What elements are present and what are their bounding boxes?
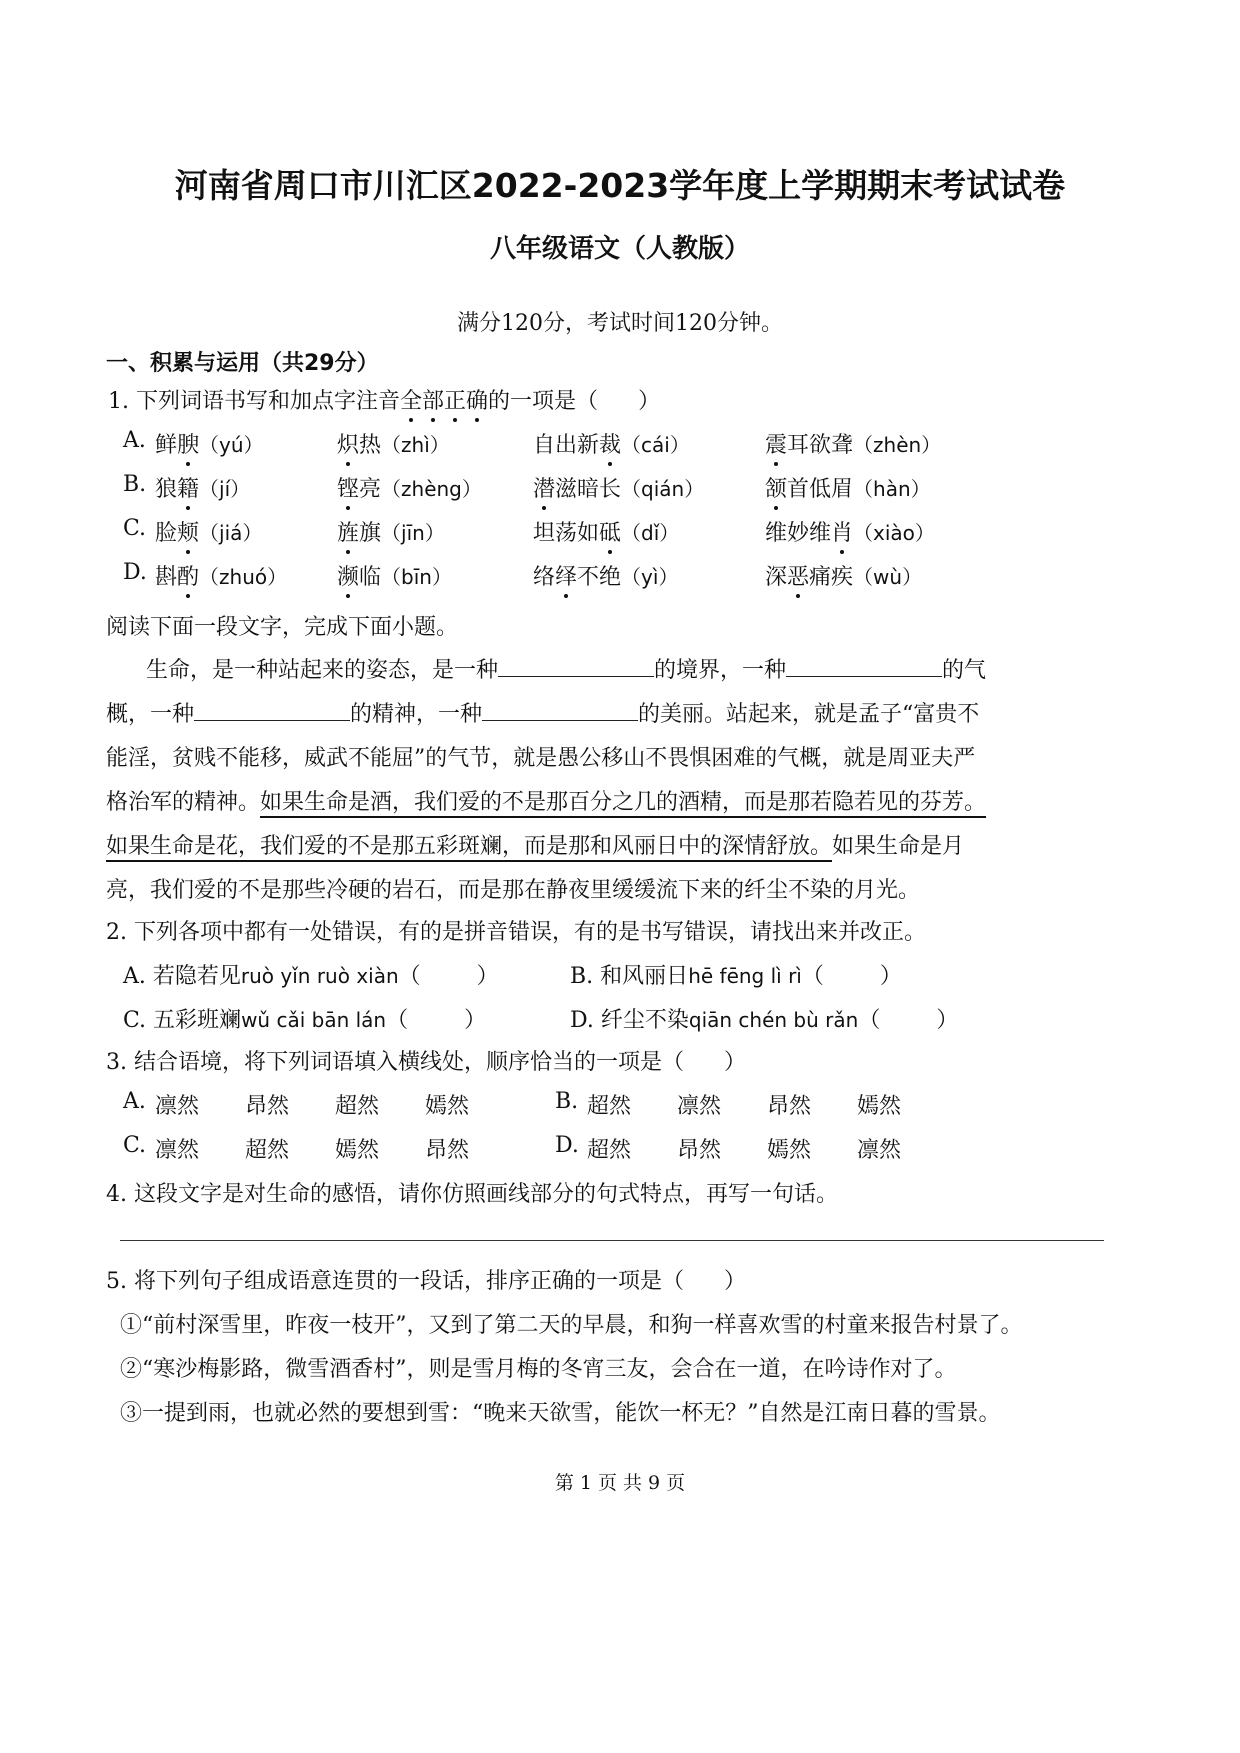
- passage-line: 格治军的精神。如果生命是酒，我们爱的不是那百分之几的酒精，而是那若隐若见的芬芳。: [106, 785, 986, 816]
- underlined-sentence-2: 如果生命是花，我们爱的不是那五彩斑斓，而是那和风丽日中的深情舒放。: [106, 834, 832, 859]
- q1-option-a-label: A.: [123, 428, 146, 453]
- q1-option-a-item: 震耳欲聋（zhèn）: [765, 428, 941, 459]
- q1-stem-text: 的一项是（: [488, 389, 598, 414]
- dotted-char: 确: [466, 389, 488, 414]
- q1-option-d-label: D.: [123, 560, 147, 585]
- answer-paren-close: ）: [638, 389, 660, 414]
- q1-option-b-item: 颔首低眉（hàn）: [765, 472, 931, 503]
- q3-option-d-label: D.: [555, 1133, 579, 1158]
- q1-option-c-item: 旌旗（jīn）: [337, 516, 445, 547]
- question-3-stem: 3. 结合语境，将下列词语填入横线处，顺序恰当的一项是（）: [106, 1045, 746, 1076]
- q1-option-d-item: 斟酌（zhuó）: [155, 560, 287, 591]
- q3-word: 凛然: [857, 1133, 901, 1164]
- q1-option-c-item: 坦荡如砥（dǐ）: [533, 516, 679, 547]
- exam-title: 河南省周口市川汇区2022-2023学年度上学期期末考试试卷: [0, 160, 1240, 207]
- q2-option-d: D. 纤尘不染qiān chén bù rǎn（）: [570, 1003, 958, 1034]
- underlined-sentence-1: 如果生命是酒，我们爱的不是那百分之几的酒精，而是那若隐若见的芬芳。: [260, 790, 986, 815]
- q3-word: 凛然: [155, 1089, 199, 1120]
- q1-option-d-item: 络绎不绝（yì）: [533, 560, 678, 591]
- q1-option-b-label: B.: [123, 472, 146, 497]
- q1-option-b-item: 铿亮（zhèng）: [337, 472, 482, 503]
- question-1-stem: 1. 下列词语书写和加点字注音全部正确的一项是（）: [108, 384, 660, 415]
- q4-answer-line[interactable]: [120, 1240, 1104, 1241]
- passage-line: 如果生命是花，我们爱的不是那五彩斑斓，而是那和风丽日中的深情舒放。如果生命是月: [106, 829, 964, 860]
- q1-option-c-item: 维妙维肖（xiào）: [765, 516, 935, 547]
- reading-instruction: 阅读下面一段文字，完成下面小题。: [106, 610, 458, 641]
- q1-option-d-item: 濒临（bīn）: [337, 560, 452, 591]
- q3-word: 超然: [335, 1089, 379, 1120]
- fill-blank-2[interactable]: [786, 658, 942, 677]
- q3-word: 昂然: [425, 1133, 469, 1164]
- q3-word: 嫣然: [425, 1089, 469, 1120]
- q3-word: 嫣然: [857, 1089, 901, 1120]
- exam-subtitle: 八年级语文（人教版）: [0, 228, 1240, 265]
- q2-option-c: C. 五彩班斓wǔ cǎi bān lán（）: [123, 1003, 486, 1034]
- question-4-stem: 4. 这段文字是对生命的感悟，请你仿照画线部分的句式特点，再写一句话。: [106, 1177, 838, 1208]
- q3-word: 凛然: [677, 1089, 721, 1120]
- passage-line: 能淫，贫贱不能移，威武不能屈”的气节，就是愚公移山不畏惧困难的气概，就是周亚夫严: [106, 741, 975, 772]
- dotted-char: 部: [422, 389, 444, 414]
- q3-word: 昂然: [767, 1089, 811, 1120]
- q2-option-b: B. 和风丽日hē fēng lì rì（）: [570, 959, 902, 990]
- q2-option-a: A. 若隐若见ruò yǐn ruò xiàn（）: [123, 959, 499, 990]
- q5-sentence-3: ③一提到雨，也就必然的要想到雪：“晚来天欲雪，能饮一杯无？”自然是江南日暮的雪景…: [120, 1396, 1001, 1427]
- passage-line: 生命，是一种站起来的姿态，是一种的境界，一种的气: [146, 653, 986, 684]
- q3-word: 昂然: [245, 1089, 289, 1120]
- exam-info: 满分120分，考试时间120分钟。: [0, 306, 1240, 337]
- q3-word: 超然: [587, 1089, 631, 1120]
- q3-word: 昂然: [677, 1133, 721, 1164]
- q3-option-a-label: A.: [123, 1089, 146, 1114]
- q5-sentence-1: ①“前村深雪里，昨夜一枝开”，又到了第二天的早晨，和狗一样喜欢雪的村童来报告村景…: [120, 1308, 1023, 1339]
- fill-blank-3[interactable]: [194, 702, 350, 721]
- q5-sentence-2: ②“寒沙梅影路，微雪酒香村”，则是雪月梅的冬宵三友，会合在一道，在吟诗作对了。: [120, 1352, 957, 1383]
- question-2-stem: 2. 下列各项中都有一处错误，有的是拼音错误，有的是书写错误，请找出来并改正。: [106, 915, 926, 946]
- q1-stem-text: 1. 下列词语书写和加点字注音: [108, 389, 400, 414]
- dotted-char: 全: [400, 389, 422, 414]
- q1-option-b-item: 潜滋暗长（qián）: [533, 472, 704, 503]
- q1-option-c-item: 脸颊（jiá）: [155, 516, 262, 547]
- passage-line: 亮，我们爱的不是那些冷硬的岩石，而是那在静夜里缓缓流下来的纤尘不染的月光。: [106, 873, 920, 904]
- q1-option-a-item: 自出新裁（cái）: [533, 428, 690, 459]
- q1-option-b-item: 狼籍（jí）: [155, 472, 250, 503]
- q3-word: 超然: [245, 1133, 289, 1164]
- q3-word: 嫣然: [335, 1133, 379, 1164]
- passage-line: 概，一种的精神，一种的美丽。站起来，就是孟子“富贵不: [106, 697, 979, 728]
- q1-option-a-item: 炽热（zhì）: [337, 428, 450, 459]
- q1-option-a-item: 鲜腴（yú）: [155, 428, 264, 459]
- q3-word: 凛然: [155, 1133, 199, 1164]
- page-number: 第 1 页 共 9 页: [0, 1468, 1240, 1495]
- fill-blank-4[interactable]: [482, 702, 638, 721]
- q3-option-c-label: C.: [123, 1133, 146, 1158]
- q3-word: 嫣然: [767, 1133, 811, 1164]
- q3-option-b-label: B.: [555, 1089, 578, 1114]
- q1-option-d-item: 深恶痛疾（wù）: [765, 560, 922, 591]
- section-heading: 一、积累与运用（共29分）: [106, 346, 379, 377]
- q1-option-c-label: C.: [123, 516, 146, 541]
- dotted-char: 正: [444, 389, 466, 414]
- question-5-stem: 5. 将下列句子组成语意连贯的一段话，排序正确的一项是（）: [106, 1264, 746, 1295]
- q3-word: 超然: [587, 1133, 631, 1164]
- fill-blank-1[interactable]: [498, 658, 654, 677]
